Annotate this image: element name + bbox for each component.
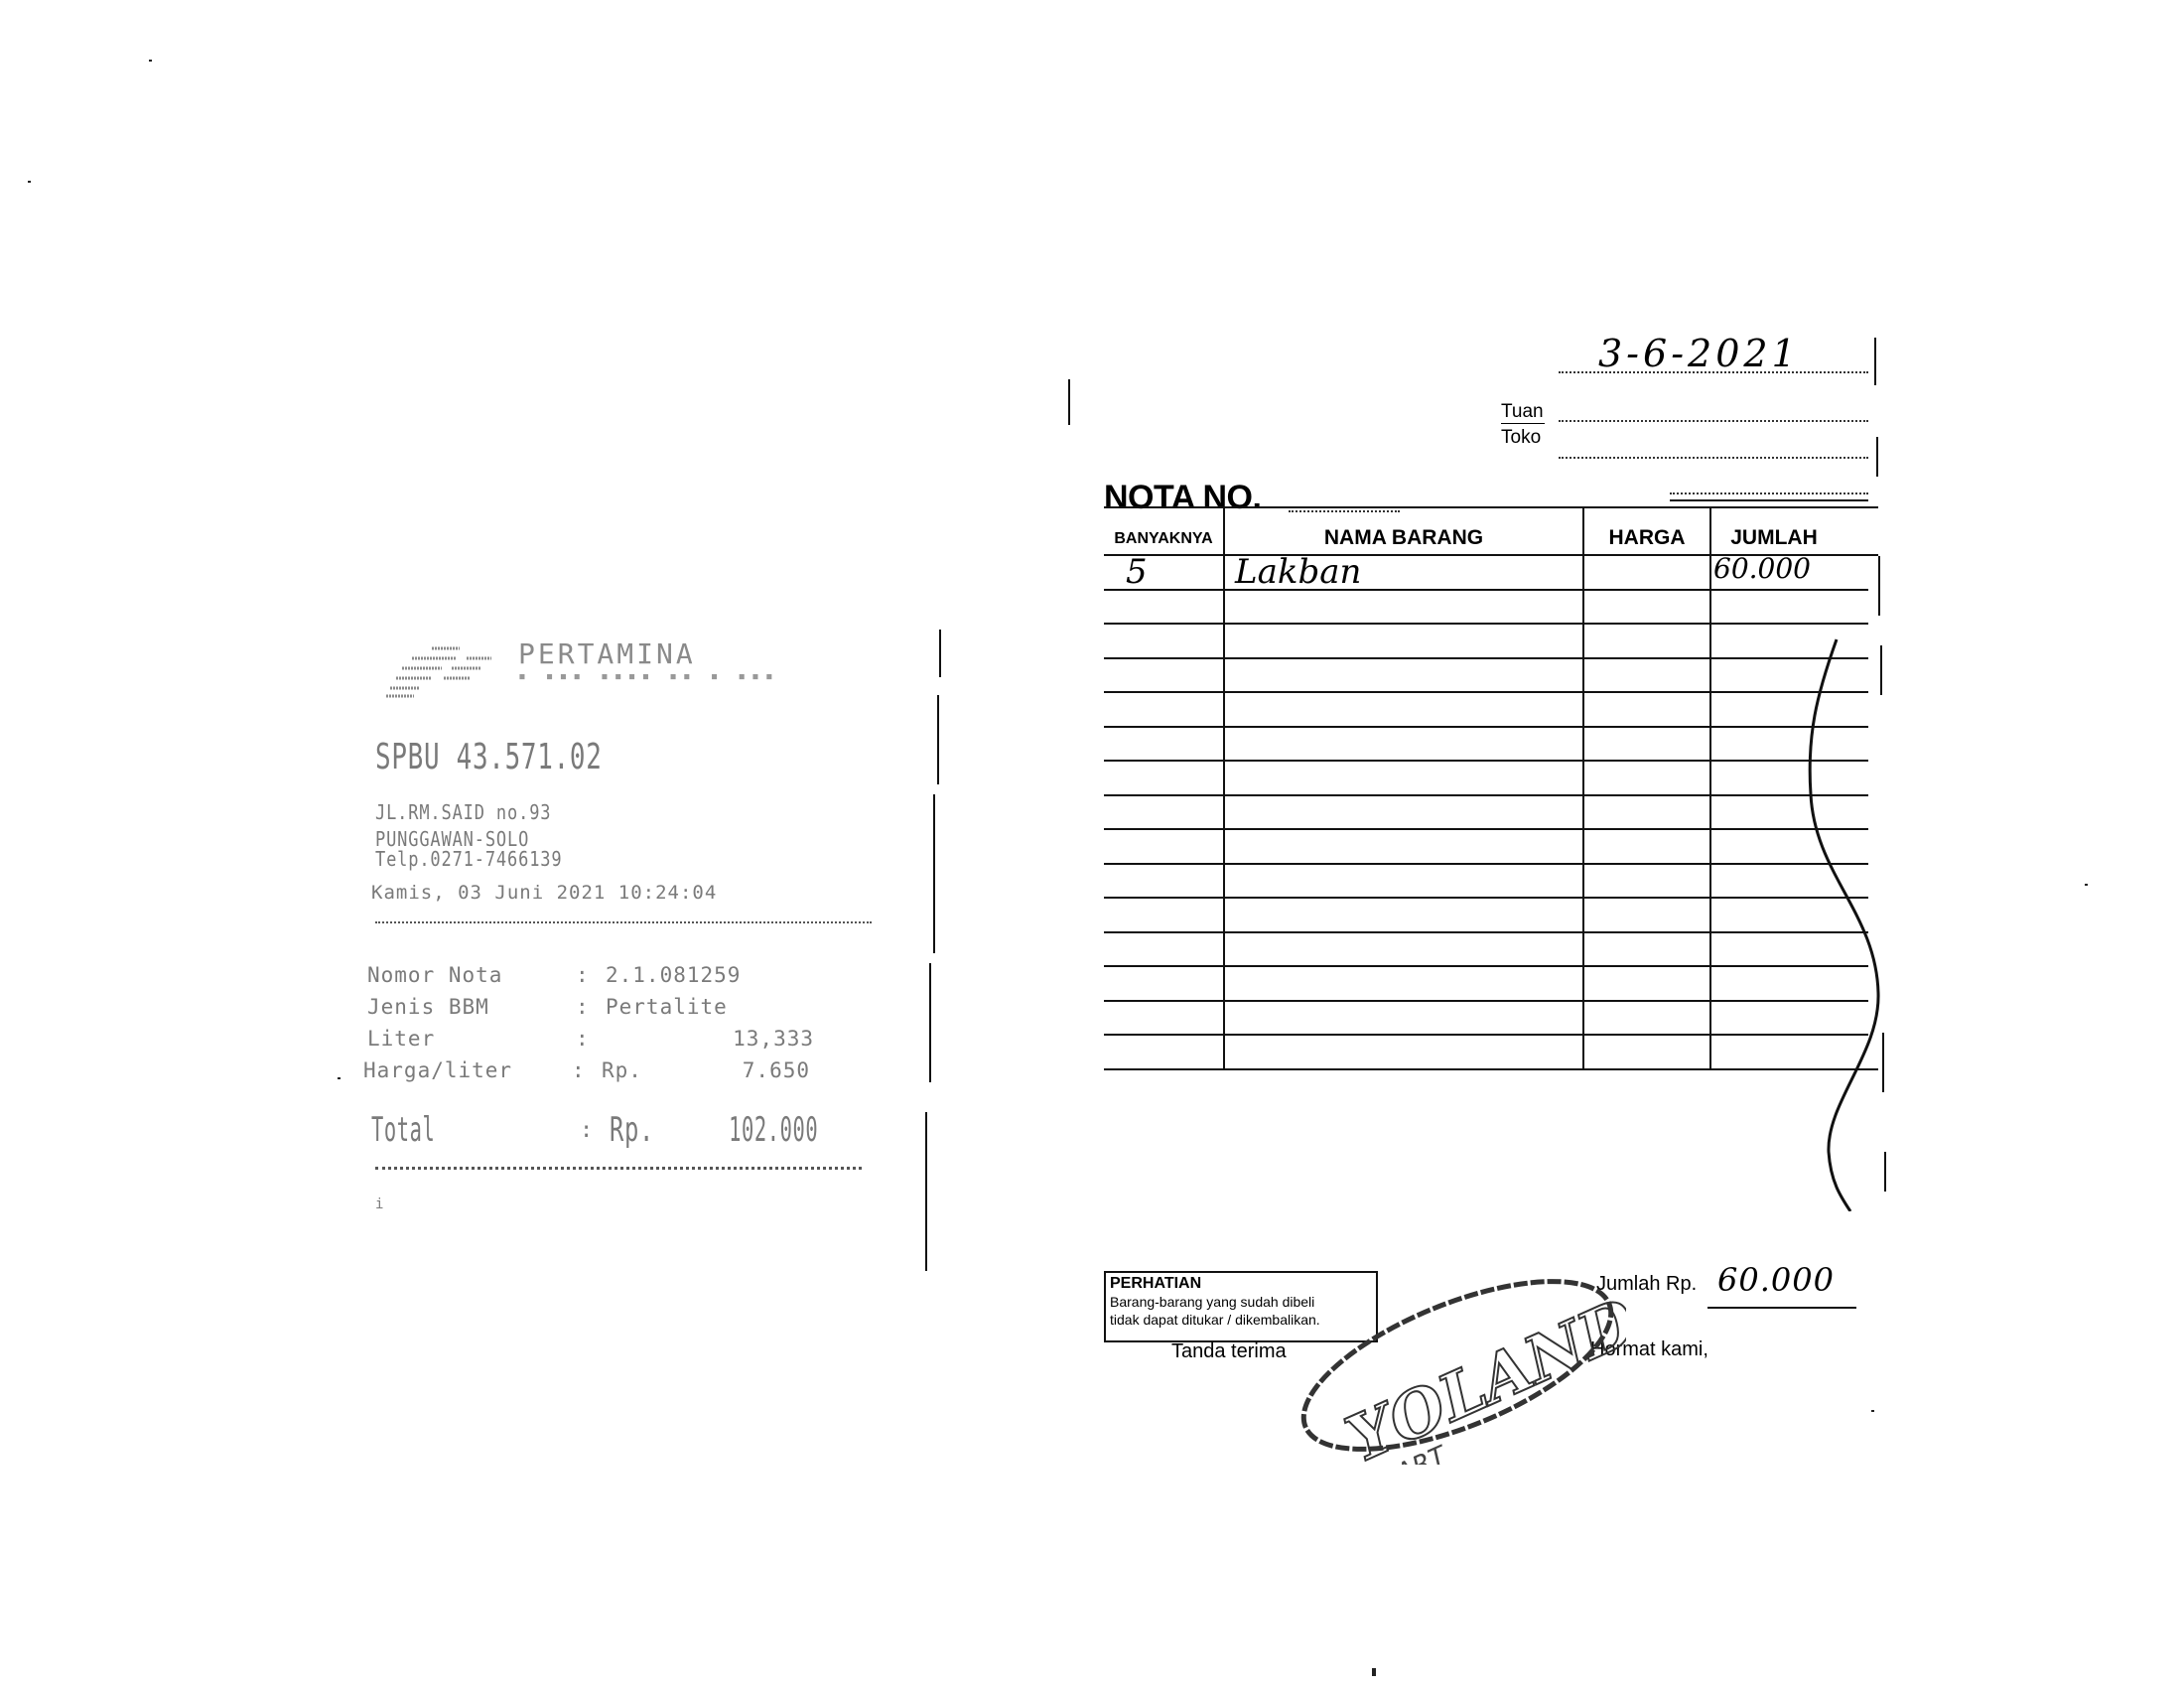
total-currency: Rp. <box>610 1110 654 1150</box>
scan-edge <box>1878 556 1880 616</box>
field-sep: : <box>576 995 590 1019</box>
sales-note: 3-6-2021 Tuan Toko NOTA NO. BANYAKNYA NA… <box>1072 318 1926 1509</box>
field-value: 7.650 <box>743 1058 810 1082</box>
nota-rule <box>1670 499 1868 501</box>
col-header-nama-barang: NAMA BARANG <box>1225 526 1582 550</box>
receipt-edge <box>933 794 935 953</box>
total-value: 60.000 <box>1717 1261 1835 1299</box>
field-label: Jenis BBM <box>367 995 489 1019</box>
col-header-jumlah: JUMLAH <box>1711 526 1837 550</box>
col-header-banyaknya: BANYAKNYA <box>1104 530 1223 548</box>
fuel-receipt: PERTAMINA ▪ ▪▪▪ ▪▪▪▪ ▪▪ ▪ ▪▪▪ SPBU 43.57… <box>367 626 933 1241</box>
table-row-rule <box>1104 726 1868 728</box>
scan-speck <box>28 181 31 183</box>
field-sep: : <box>576 963 590 987</box>
table-row-rule <box>1104 1034 1868 1036</box>
table-row-rule <box>1104 760 1868 762</box>
field-value: Pertalite <box>606 995 728 1019</box>
table-row-rule <box>1104 691 1868 693</box>
receipt-edge <box>937 695 939 784</box>
cell-item: Lakban <box>1235 552 1361 592</box>
table-top-rule <box>1104 506 1878 508</box>
table-row-rule <box>1104 965 1868 967</box>
table-column-rule <box>1709 506 1711 1068</box>
table-row-rule <box>1104 897 1868 899</box>
receiver-signature-label: Tanda terima <box>1171 1340 1287 1363</box>
brand-name: PERTAMINA <box>518 637 696 670</box>
scan-edge <box>1874 338 1876 385</box>
phone: Telp.0271-7466139 <box>375 850 562 868</box>
svg-text:YOLAND: YOLAND <box>1336 1284 1626 1465</box>
toko-field[interactable] <box>1559 457 1868 459</box>
field-value: 13,333 <box>733 1027 814 1051</box>
field-sep: : <box>576 1027 590 1051</box>
table-column-rule <box>1223 506 1225 1068</box>
table-row-rule <box>1104 931 1868 933</box>
table-row-rule <box>1104 794 1868 796</box>
total-sep: : <box>580 1118 594 1143</box>
date-handwritten: 3-6-2021 <box>1598 332 1800 375</box>
scan-speck <box>338 1077 341 1079</box>
table-row-rule <box>1104 863 1868 865</box>
field-label: Harga/liter <box>363 1058 512 1082</box>
table-row-rule <box>1104 657 1868 659</box>
field-label: Nomor Nota <box>367 963 502 987</box>
pertamina-logo-icon <box>382 640 501 700</box>
scan-speck <box>2085 884 2088 886</box>
field-label: Liter <box>367 1027 435 1051</box>
total-label: Total <box>371 1110 435 1150</box>
scan-edge <box>1876 437 1878 477</box>
table-row-rule <box>1104 828 1868 830</box>
scan-speck <box>1372 1668 1376 1676</box>
strike-through-mark-icon <box>1807 635 1896 1211</box>
address-line2: PUNGGAWAN-SOLO <box>375 830 529 848</box>
field-sep: : <box>572 1058 586 1082</box>
tuan-underline <box>1501 423 1545 424</box>
transaction-datetime: Kamis, 03 Juni 2021 10:24:04 <box>371 882 717 904</box>
receipt-edge <box>929 963 931 1082</box>
total-underline <box>1707 1307 1856 1309</box>
nota-number-field[interactable] <box>1289 510 1400 512</box>
cell-qty: 5 <box>1126 552 1148 592</box>
table-row-rule <box>1104 623 1868 625</box>
receipt-edge <box>939 630 941 677</box>
address-line1: JL.RM.SAID no.93 <box>375 800 551 824</box>
scan-edge <box>1068 379 1070 425</box>
col-header-harga: HARGA <box>1584 526 1709 550</box>
toko-label: Toko <box>1501 427 1541 449</box>
company-stamp-icon: YOLAND ART <box>1289 1266 1626 1465</box>
brand-subtitle: ▪ ▪▪▪ ▪▪▪▪ ▪▪ ▪ ▪▪▪ <box>518 669 779 684</box>
table-column-rule <box>1582 506 1584 1068</box>
cell-amount: 60.000 <box>1713 552 1811 585</box>
field-currency: Rp. <box>602 1058 642 1082</box>
nota-title: NOTA NO. <box>1104 479 1261 517</box>
tuan-label: Tuan <box>1501 401 1544 423</box>
field-value: 2.1.081259 <box>606 963 741 987</box>
scan-speck <box>149 60 152 62</box>
total-value: 102.000 <box>729 1110 818 1150</box>
receipt-footer-mark: i <box>375 1196 384 1212</box>
table-row-rule <box>1104 1000 1868 1002</box>
station-id: SPBU 43.571.02 <box>375 737 603 777</box>
receipt-edge <box>925 1112 927 1271</box>
nota-extra-field[interactable] <box>1670 492 1868 494</box>
table-row-rule <box>1104 1068 1878 1070</box>
table-row-rule <box>1104 589 1868 591</box>
tuan-field[interactable] <box>1559 420 1868 422</box>
divider <box>375 921 872 923</box>
divider <box>375 1167 862 1170</box>
date-line <box>1559 371 1868 373</box>
